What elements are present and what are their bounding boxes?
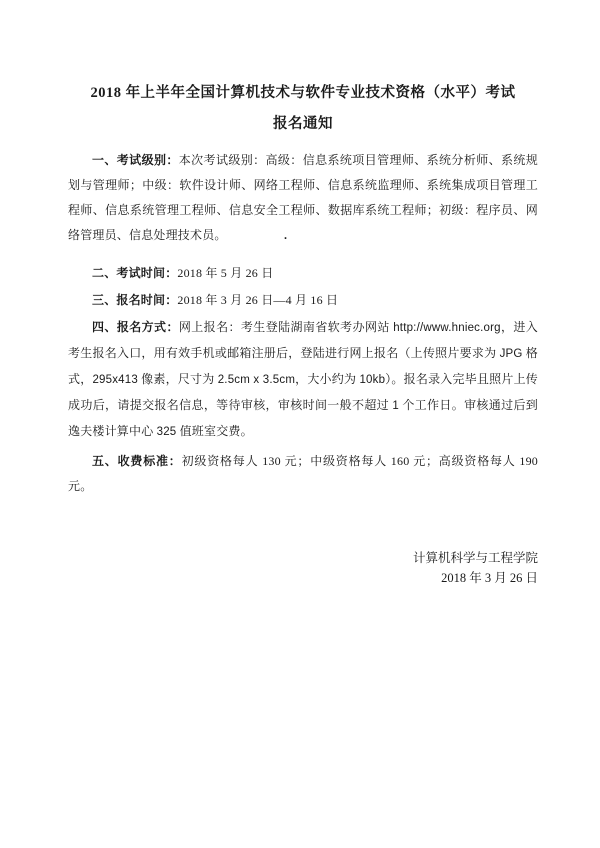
document-title: 2018 年上半年全国计算机技术与软件专业技术资格（水平）考试 报名通知	[68, 78, 538, 140]
body-text: 2018 年 3 月 26 日—4 月 16 日	[177, 293, 338, 307]
signature-block: 计算机科学与工程学院 2018 年 3 月 26 日	[68, 548, 538, 588]
section-exam-time: 二、考试时间：2018 年 5 月 26 日	[68, 261, 538, 286]
latin-text: http://www.hniec.org	[393, 322, 501, 334]
document-page: 2018 年上半年全国计算机技术与软件专业技术资格（水平）考试 报名通知 一、考…	[0, 0, 600, 848]
document-body: 一、考试级别：本次考试级别：高级：信息系统项目管理师、系统分析师、系统规划与管理…	[68, 148, 538, 499]
title-line-1: 2018 年上半年全国计算机技术与软件专业技术资格（水平）考试	[68, 78, 538, 109]
section-lead: 五、收费标准：	[92, 454, 182, 468]
latin-text: 1	[392, 400, 399, 412]
signature-org: 计算机科学与工程学院	[68, 548, 538, 568]
body-text: 像素，尺寸为	[138, 372, 218, 386]
body-text: ，大小约为	[295, 372, 359, 386]
section-fee-standard: 五、收费标准：初级资格每人 130 元；中级资格每人 160 元；高级资格每人 …	[68, 449, 538, 499]
title-line-2: 报名通知	[68, 109, 538, 140]
stray-period-mark: .	[284, 223, 287, 248]
signature-date: 2018 年 3 月 26 日	[68, 568, 538, 588]
latin-text: JPG	[500, 348, 523, 360]
section-lead: 二、考试时间：	[92, 266, 177, 280]
body-text: 网上报名：考生登陆湖南省软考办网站	[179, 320, 393, 334]
latin-text: 295x413	[92, 374, 138, 386]
section-registration-time: 三、报名时间：2018 年 3 月 26 日—4 月 16 日	[68, 288, 538, 313]
body-text: 值班室交费。	[176, 424, 252, 438]
section-registration-method: 四、报名方式：网上报名：考生登陆湖南省软考办网站 http://www.hnie…	[68, 315, 538, 445]
section-lead: 三、报名时间：	[92, 293, 177, 307]
document-content: 2018 年上半年全国计算机技术与软件专业技术资格（水平）考试 报名通知 一、考…	[68, 78, 538, 588]
section-exam-level: 一、考试级别：本次考试级别：高级：信息系统项目管理师、系统分析师、系统规划与管理…	[68, 148, 538, 248]
body-text: 2018 年 5 月 26 日	[177, 266, 273, 280]
section-lead: 一、考试级别：	[92, 153, 179, 167]
latin-text: 2.5cm x 3.5cm	[218, 374, 295, 386]
latin-text: 325	[157, 426, 177, 438]
section-lead: 四、报名方式：	[92, 320, 179, 334]
latin-text: 10kb	[359, 374, 385, 386]
